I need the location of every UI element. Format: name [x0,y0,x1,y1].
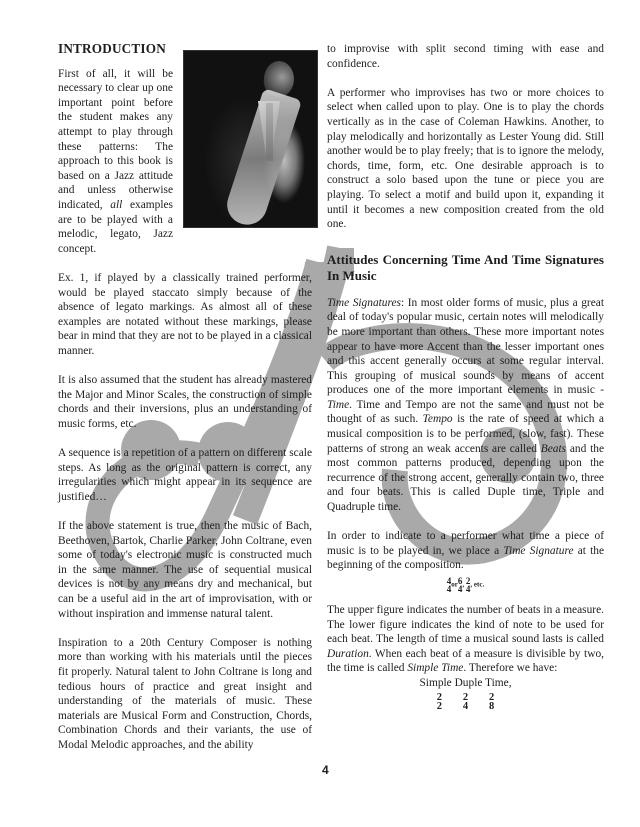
paragraph-assumed: It is also assumed that the student has … [58,373,312,431]
simple-duple-signatures: 22 24 28 [327,693,604,711]
intro-paragraph: First of all, it will be necessary to cl… [58,67,173,257]
paragraph-staccato: Ex. 1, if played by a classically traine… [58,271,312,359]
upper-italic-simple-time: Simple Time [407,662,463,674]
upper-italic-duration: Duration [327,648,369,660]
paragraph-continuation: to improvise with split second timing wi… [327,42,604,71]
ts-lead-italic: Time Signatures [327,297,401,309]
time-signatures-heading: Attitudes Concerning Time And Time Signa… [327,252,604,284]
example-time-signatures: 44or64, 24, etc. [327,577,604,593]
paragraph-performer: A performer who improvises has two or mo… [327,86,604,232]
sig-bottom: 2 [437,702,442,711]
sig-bottom: 8 [489,702,494,711]
intro-italic: all [110,199,122,211]
ts-part1: : In most older forms of music, plus a g… [327,297,604,397]
left-column: INTRODUCTION First of all, it will be ne… [58,42,312,767]
intro-text-a: First of all, it will be necessary to cl… [58,68,173,211]
ts-italic-time: Time [327,399,349,411]
sig-bottom: 4 [463,702,468,711]
paragraph-sequence: A sequence is a repetition of a pattern … [58,446,312,504]
upper-part3: . Therefore we have: [463,662,557,674]
right-column: to improvise with split second timing wi… [327,42,604,711]
introduction-heading: INTRODUCTION [58,42,312,57]
paragraph-indicate: In order to indicate to a performer what… [327,529,604,573]
upper-part1: The upper figure indicates the number of… [327,604,604,645]
simple-duple-label: Simple Duple Time, [327,676,604,691]
or-label: or [451,581,458,589]
time-signature-2-2: 22 [437,693,442,711]
paragraph-time-signatures: Time Signatures: In most older forms of … [327,296,604,515]
paragraph-above-statement: If the above statement is true, then the… [58,519,312,621]
paragraph-upper-figure: The upper figure indicates the number of… [327,603,604,676]
book-page: INTRODUCTION First of all, it will be ne… [0,0,640,827]
indicate-italic: Time Signature [503,545,573,557]
etc-label: , etc. [470,581,484,589]
page-number: 4 [322,763,329,777]
ts-italic-beats: Beats [541,443,566,455]
intro-block: First of all, it will be necessary to cl… [58,67,312,271]
ts-italic-tempo: Tempo [423,413,453,425]
time-signature-2-8: 28 [489,693,494,711]
time-signature-2-4: 24 [463,693,468,711]
paragraph-inspiration: Inspiration to a 20th Century Composer i… [58,636,312,753]
